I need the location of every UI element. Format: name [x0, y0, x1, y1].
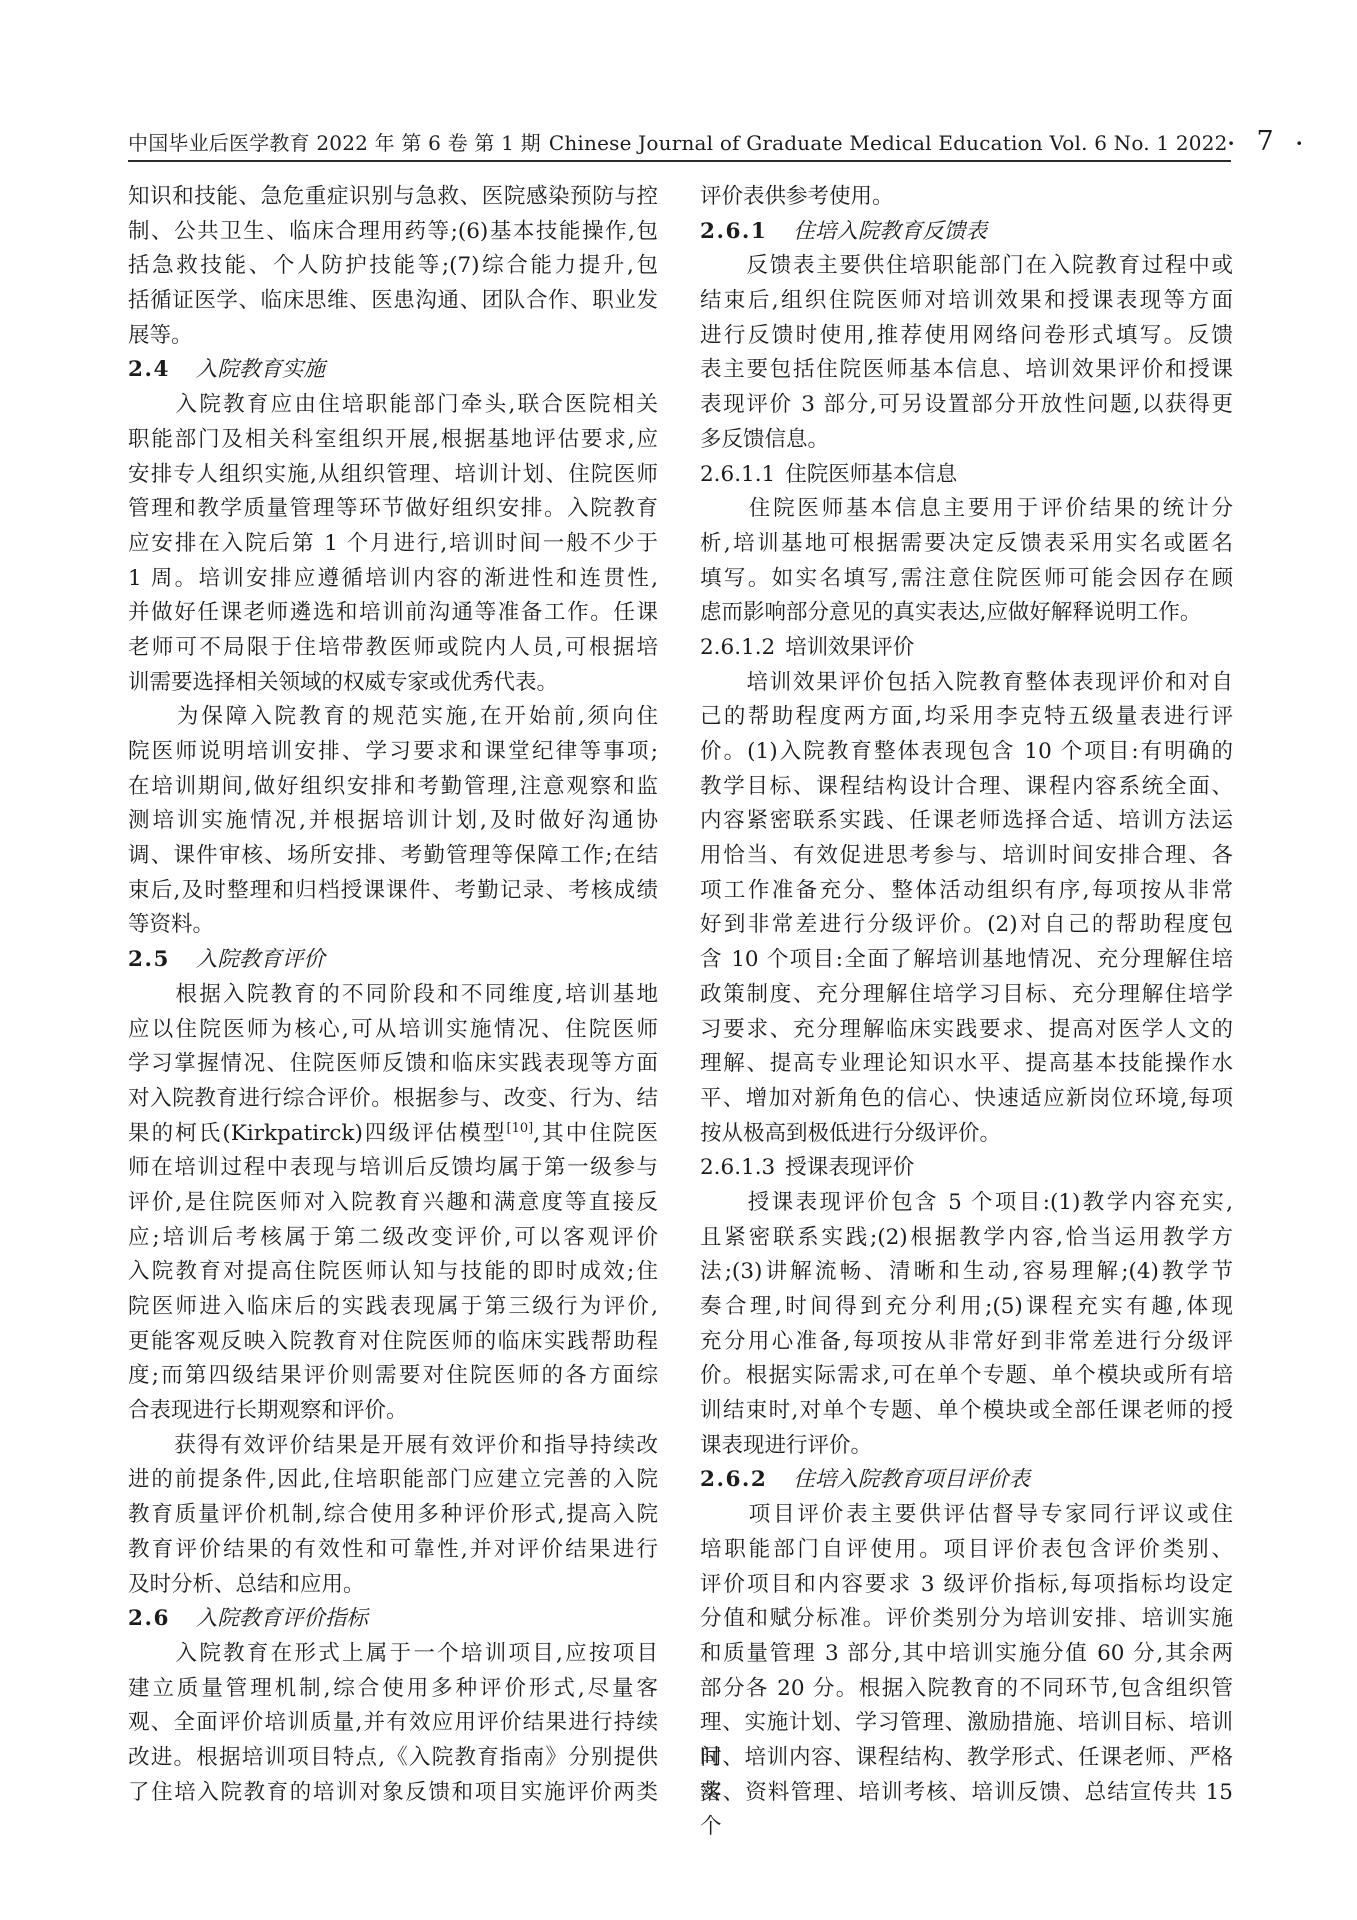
section-heading: 2.6入院教育评价指标: [128, 1602, 658, 1637]
heading-title: 入院教育实施: [196, 357, 325, 382]
text-line: 习要求、充分理解临床实践要求、提高对医学人文的: [700, 1013, 1233, 1048]
left-column: 知识和技能、急危重症识别与急救、医院感染预防与控制、公共卫生、临床合理用药等;(…: [128, 180, 658, 1810]
text-line: 反馈表主要供住培职能部门在入院教育过程中或: [700, 249, 1233, 284]
text-line: 价。根据实际需求,可在单个专题、单个模块或所有培: [700, 1359, 1233, 1394]
heading-number: 2.6: [128, 1606, 170, 1631]
text-line: 果的柯氏(Kirkpatirck)四级评估模型[10],其中住院医: [128, 1117, 658, 1152]
section-heading: 2.6.1住培入院教育反馈表: [700, 215, 1233, 250]
heading-title: 住培入院教育反馈表: [793, 219, 987, 244]
text-line: 内容紧密联系实践、任课老师选择合适、培训方法运: [700, 804, 1233, 839]
text-line: 评价项目和内容要求 3 级评价指标,每项指标均设定: [700, 1568, 1233, 1603]
text-line: 平、增加对新角色的信心、快速适应新岗位环境,每项: [700, 1082, 1233, 1117]
text-line: 根据入院教育的不同阶段和不同维度,培训基地: [128, 978, 658, 1013]
page-number-dot-right: ·: [1296, 131, 1303, 155]
text-line: 培训效果评价包括入院教育整体表现评价和对自: [700, 666, 1233, 701]
heading-number: 2.6.1.3: [700, 1155, 775, 1180]
right-column: 评价表供参考使用。2.6.1住培入院教育反馈表 反馈表主要供住培职能部门在入院教…: [700, 180, 1233, 1810]
heading-title: 住培入院教育项目评价表: [793, 1467, 1030, 1492]
text-line: 理、实施计划、学习管理、激励措施、培训目标、培训时: [700, 1706, 1233, 1741]
text-line: 并做好任课老师遴选和培训前沟通等准备工作。任课: [128, 596, 658, 631]
heading-number: 2.6.1.2: [700, 635, 775, 660]
text-line: 束后,及时整理和归档授课课件、考勤记录、考核成绩: [128, 874, 658, 909]
text-line: 含 10 个项目:全面了解培训基地情况、充分理解住培: [700, 943, 1233, 978]
text-line: 课表现进行评价。: [700, 1429, 1233, 1464]
heading-number: 2.6.1: [700, 219, 767, 244]
text-line: 教育评价结果的有效性和可靠性,并对评价结果进行: [128, 1533, 658, 1568]
text-line: 1 周。培训安排应遵循培训内容的渐进性和连贯性,: [128, 562, 658, 597]
journal-info: 中国毕业后医学教育 2022 年 第 6 卷 第 1 期Chinese Jour…: [128, 127, 1228, 156]
text-line: 结束后,组织住院医师对培训效果和授课表现等方面: [700, 284, 1233, 319]
text-line: 授课表现评价包含 5 个项目:(1)教学内容充实,: [700, 1186, 1233, 1221]
section-heading: 2.4入院教育实施: [128, 353, 658, 388]
text-line: 虑而影响部分意见的真实表达,应做好解释说明工作。: [700, 596, 1233, 631]
text-line: 教学目标、课程结构设计合理、课程内容系统全面、: [700, 770, 1233, 805]
text-line: 进的前提条件,因此,住培职能部门应建立完善的入院: [128, 1463, 658, 1498]
heading-title: 授课表现评价: [785, 1155, 914, 1180]
text-line: 括急救技能、个人防护技能等;(7)综合能力提升,包: [128, 249, 658, 284]
page-number: · 7 ·: [1228, 126, 1303, 157]
text-line: 理解、提高专业理论知识水平、提高基本技能操作水: [700, 1047, 1233, 1082]
journal-page: 中国毕业后医学教育 2022 年 第 6 卷 第 1 期Chinese Jour…: [0, 0, 1357, 1920]
text-line: 价。(1)入院教育整体表现包含 10 个项目:有明确的: [700, 735, 1233, 770]
subsection-heading: 2.6.1.2培训效果评价: [700, 631, 1233, 666]
text-line: 培职能部门自评使用。项目评价表包含评价类别、: [700, 1533, 1233, 1568]
text-line: 训需要选择相关领域的权威专家或优秀代表。: [128, 666, 658, 701]
text-line: 获得有效评价结果是开展有效评价和指导持续改: [128, 1429, 658, 1464]
text-line: 老师可不局限于住培带教医师或院内人员,可根据培: [128, 631, 658, 666]
text-line: 表现评价 3 部分,可另设置部分开放性问题,以获得更: [700, 388, 1233, 423]
text-line: 入院教育对提高住院医师认知与技能的即时成效;住: [128, 1255, 658, 1290]
text-line: 合表现进行长期观察和评价。: [128, 1394, 658, 1429]
text-line: 部分各 20 分。根据入院教育的不同环节,包含组织管: [700, 1672, 1233, 1707]
section-heading: 2.5入院教育评价: [128, 943, 658, 978]
text-line: 观、全面评价培训质量,并有效应用评价结果进行持续: [128, 1706, 658, 1741]
text-line: 住院医师基本信息主要用于评价结果的统计分: [700, 492, 1233, 527]
text-line: 调、课件审核、场所安排、考勤管理等保障工作;在结: [128, 839, 658, 874]
text-line: 政策制度、充分理解住培学习目标、充分理解住培学: [700, 978, 1233, 1013]
citation-ref: [10]: [507, 1120, 534, 1135]
text-line: 学习掌握情况、住院医师反馈和临床实践表现等方面: [128, 1047, 658, 1082]
text-line: 更能客观反映入院教育对住院医师的临床实践帮助程: [128, 1325, 658, 1360]
text-line: 己的帮助程度两方面,均采用李克特五级量表进行评: [700, 700, 1233, 735]
text-line: 评价表供参考使用。: [700, 180, 1233, 215]
subsection-heading: 2.6.1.1住院医师基本信息: [700, 458, 1233, 493]
text-line: 括循证医学、临床思维、医患沟通、团队合作、职业发: [128, 284, 658, 319]
text-line: 奏合理,时间得到充分利用;(5)课程充实有趣,体现: [700, 1290, 1233, 1325]
text-line: 测培训实施情况,并根据培训计划,及时做好沟通协: [128, 804, 658, 839]
text-line: 为保障入院教育的规范实施,在开始前,须向住: [128, 700, 658, 735]
text-line: 知识和技能、急危重症识别与急救、医院感染预防与控: [128, 180, 658, 215]
text-line: 多反馈信息。: [700, 423, 1233, 458]
heading-title: 培训效果评价: [785, 635, 914, 660]
text-line: 分值和赋分标准。评价类别分为培训安排、培训实施: [700, 1602, 1233, 1637]
text-line: 在培训期间,做好组织安排和考勤管理,注意观察和监: [128, 770, 658, 805]
page-number-value: 7: [1257, 126, 1274, 157]
text-line: 充分用心准备,每项按从非常好到非常差进行分级评: [700, 1325, 1233, 1360]
page-number-dot-left: ·: [1228, 131, 1235, 155]
text-line: 职能部门及相关科室组织开展,根据基地评估要求,应: [128, 423, 658, 458]
text-line: 应安排在入院后第 1 个月进行,培训时间一般不少于: [128, 527, 658, 562]
text-line: 改进。根据培训项目特点,《入院教育指南》分别提供: [128, 1741, 658, 1776]
text-line: 安排专人组织实施,从组织管理、培训计划、住院医师: [128, 458, 658, 493]
text-line: 建立质量管理机制,综合使用多种评价形式,尽量客: [128, 1672, 658, 1707]
page-header: 中国毕业后医学教育 2022 年 第 6 卷 第 1 期Chinese Jour…: [128, 126, 1231, 158]
text-line: 进行反馈时使用,推荐使用网络问卷形式填写。反馈: [700, 319, 1233, 354]
heading-number: 2.5: [128, 947, 170, 972]
text-line: 和质量管理 3 部分,其中培训实施分值 60 分,其余两: [700, 1637, 1233, 1672]
text-line: 及时分析、总结和应用。: [128, 1568, 658, 1603]
heading-number: 2.4: [128, 357, 170, 382]
text-line: 训结束时,对单个专题、单个模块或全部任课老师的授: [700, 1394, 1233, 1429]
text-line: 度;而第四级结果评价则需要对住院医师的各方面综: [128, 1359, 658, 1394]
text-line: 析,培训基地可根据需要决定反馈表采用实名或匿名: [700, 527, 1233, 562]
journal-title-en: Chinese Journal of Graduate Medical Educ…: [549, 131, 1228, 155]
text-line: 填写。如实名填写,需注意住院医师可能会因存在顾: [700, 562, 1233, 597]
text-line: 且紧密联系实践;(2)根据教学内容,恰当运用教学方: [700, 1221, 1233, 1256]
text-line: 了住培入院教育的培训对象反馈和项目实施评价两类: [128, 1776, 658, 1811]
text-line: 法;(3)讲解流畅、清晰和生动,容易理解;(4)教学节: [700, 1255, 1233, 1290]
text-line: 教育质量评价机制,综合使用多种评价形式,提高入院: [128, 1498, 658, 1533]
text-line: 应;培训后考核属于第二级改变评价,可以客观评价: [128, 1221, 658, 1256]
subsection-heading: 2.6.1.3授课表现评价: [700, 1151, 1233, 1186]
heading-title: 入院教育评价指标: [196, 1606, 368, 1631]
text-line: 院医师进入临床后的实践表现属于第三级行为评价,: [128, 1290, 658, 1325]
text-line: 表主要包括住院医师基本信息、培训效果评价和授课: [700, 353, 1233, 388]
text-line: 制、公共卫生、临床合理用药等;(6)基本技能操作,包: [128, 215, 658, 250]
heading-number: 2.6.2: [700, 1467, 767, 1492]
header-rule: [128, 160, 1231, 162]
text-line: 按从极高到极低进行分级评价。: [700, 1117, 1233, 1152]
text-line: 项目评价表主要供评估督导专家同行评议或住: [700, 1498, 1233, 1533]
text-line: 管理和教学质量管理等环节做好组织安排。入院教育: [128, 492, 658, 527]
text-line: 院医师说明培训安排、学习要求和课堂纪律等事项;: [128, 735, 658, 770]
text-line: 实、资料管理、培训考核、培训反馈、总结宣传共 15 个: [700, 1776, 1233, 1811]
text-line: 等资料。: [128, 908, 658, 943]
text-line: 师在培训过程中表现与培训后反馈均属于第一级参与: [128, 1151, 658, 1186]
heading-number: 2.6.1.1: [700, 462, 775, 487]
text-line: 项工作准备充分、整体活动组织有序,每项按从非常: [700, 874, 1233, 909]
text-line: 好到非常差进行分级评价。(2)对自己的帮助程度包: [700, 908, 1233, 943]
journal-title-zh: 中国毕业后医学教育 2022 年 第 6 卷 第 1 期: [128, 131, 541, 155]
text-line: 入院教育应由住培职能部门牵头,联合医院相关: [128, 388, 658, 423]
text-line: 对入院教育进行综合评价。根据参与、改变、行为、结: [128, 1082, 658, 1117]
text-line: 间、培训内容、课程结构、教学形式、任课老师、严格落: [700, 1741, 1233, 1776]
text-line: 用恰当、有效促进思考参与、培训时间安排合理、各: [700, 839, 1233, 874]
text-line: 评价,是住院医师对入院教育兴趣和满意度等直接反: [128, 1186, 658, 1221]
heading-title: 住院医师基本信息: [785, 462, 957, 487]
text-line: 展等。: [128, 319, 658, 354]
heading-title: 入院教育评价: [196, 947, 325, 972]
text-line: 应以住院医师为核心,可从培训实施情况、住院医师: [128, 1013, 658, 1048]
section-heading: 2.6.2住培入院教育项目评价表: [700, 1463, 1233, 1498]
text-line: 入院教育在形式上属于一个培训项目,应按项目: [128, 1637, 658, 1672]
